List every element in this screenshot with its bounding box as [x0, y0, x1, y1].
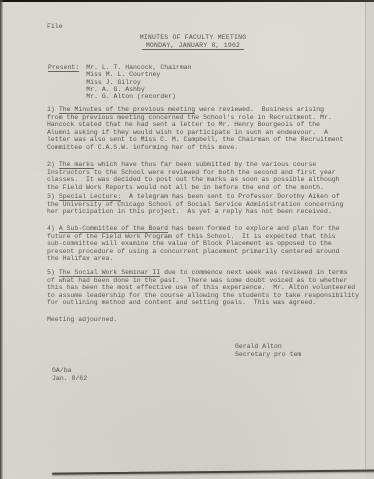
closing-text: Meeting adjourned.	[47, 316, 117, 324]
document-page: File MINUTES OF FACULTY MEETING MONDAY, …	[0, 0, 374, 479]
paragraph-number: 5)	[47, 269, 55, 276]
paragraph-number: 2)	[47, 161, 55, 168]
signature-block: Gerald Alton Secretary pro tem	[235, 343, 301, 358]
page-top-edge	[0, 0, 374, 2]
document-header: MINUTES OF FACULTY MEETING MONDAY, JANUA…	[0, 34, 374, 50]
page-left-edge	[0, 0, 3, 479]
paragraph-body: were reviewed. Business arising from the…	[47, 106, 343, 151]
document-date: MONDAY, JANUARY 8, 1962	[12, 42, 374, 50]
signature-title: Secretary pro tem	[235, 351, 301, 359]
corner-label: File	[47, 23, 63, 31]
attendee: Mr. A. G. Ashby	[86, 86, 191, 93]
paragraph-number: 3)	[47, 193, 55, 200]
attendance-section: Present: Mr. L. T. Hancock, Chairman Mis…	[48, 64, 192, 101]
attendee: Miss M. L. Courtney	[86, 71, 191, 78]
paragraph-1: 1)The Minutes of the previous meeting we…	[47, 106, 369, 151]
paragraph-2: 2)The marks which have thus far been sub…	[47, 161, 369, 191]
signature-name: Gerald Alton	[235, 343, 301, 351]
paragraph-3: 3)Special Lecture: A telegram has been s…	[47, 193, 369, 216]
typist-initials: GA/ba	[52, 367, 87, 375]
reference-block: GA/ba Jan. 8/62	[52, 367, 87, 382]
paragraph-4: 4)A Sub-Committee of the Board has been …	[47, 225, 369, 263]
attendee: Mr. L. T. Hancock, Chairman	[86, 64, 191, 71]
attendee-list: Mr. L. T. Hancock, Chairman Miss M. L. C…	[86, 64, 191, 101]
attendee: Miss J. Gilroy	[86, 79, 191, 86]
paragraph-number: 1)	[47, 106, 55, 113]
scanned-document: File MINUTES OF FACULTY MEETING MONDAY, …	[0, 0, 374, 479]
page-bottom-edge-shadow	[52, 469, 374, 474]
date-reference: Jan. 8/62	[52, 375, 87, 383]
present-label: Present:	[48, 64, 79, 71]
paragraph-number: 4)	[47, 225, 55, 232]
attendee: Mr. G. Alton (recorder)	[86, 93, 191, 100]
paragraph-5: 5)The Social Work Seminar II due to comm…	[47, 269, 369, 307]
document-title: MINUTES OF FACULTY MEETING	[12, 34, 374, 42]
